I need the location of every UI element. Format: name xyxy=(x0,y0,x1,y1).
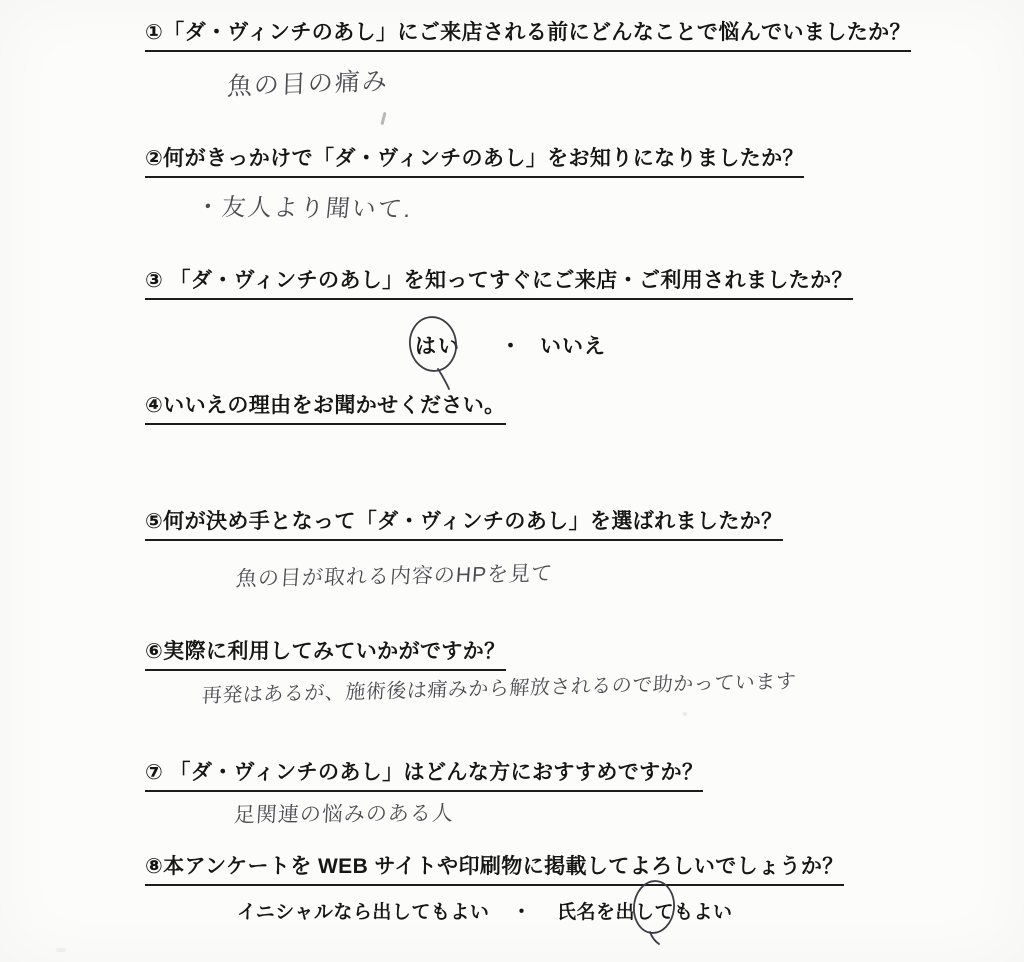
question-5-handwritten-answer: 魚の目が取れる内容のHPを見て xyxy=(235,557,554,593)
question-2-heading: ②何がきっかけで「ダ・ヴィンチのあし」をお知りになりましたか？ xyxy=(145,146,804,178)
question-5-heading: ⑤何が決め手となって「ダ・ヴィンチのあし」を選ばれましたか？ xyxy=(145,509,783,541)
scan-speck xyxy=(683,712,687,716)
question-8-option-initials-ok: イニシャルなら出してもよい xyxy=(237,897,489,924)
question-7-heading: ⑦ 「ダ・ヴィンチのあし」はどんな方におすすめですか？ xyxy=(145,760,703,792)
scanned-questionnaire: ①「ダ・ヴィンチのあし」にご来店される前にどんなことで悩んでいましたか？ 魚の目… xyxy=(0,0,1024,962)
question-6-heading: ⑥実際に利用してみていかがですか？ xyxy=(145,639,506,671)
question-4-heading: ④いいえの理由をお聞かせください。 xyxy=(145,393,506,425)
question-7-handwritten-answer: 足関連の悩みのある人 xyxy=(233,797,455,829)
question-3-option-separator-dot: ・ xyxy=(500,330,521,360)
scan-speck xyxy=(56,948,66,952)
question-8-option-fullname-ok: 氏名を出してもよい xyxy=(557,897,733,924)
question-3-option-yes: はい xyxy=(415,330,461,360)
question-8-option-separator-dot: ・ xyxy=(512,897,531,924)
question-1-handwritten-answer: 魚の目の痛み xyxy=(226,61,389,103)
question-3-option-no: いいえ xyxy=(540,330,606,360)
question-1-heading: ①「ダ・ヴィンチのあし」にご来店される前にどんなことで悩んでいましたか？ xyxy=(145,20,911,52)
question-2-handwritten-answer: ・友人より聞いて. xyxy=(194,187,414,224)
question-3-heading: ③ 「ダ・ヴィンチのあし」を知ってすぐにご来店・ご利用されましたか？ xyxy=(145,268,853,300)
question-8-heading: ⑧本アンケートを WEB サイトや印刷物に掲載してよろしいでしょうか？ xyxy=(145,854,844,886)
question-6-handwritten-answer: 再発はあるが、施術後は痛みから解放されるので助かっています xyxy=(201,665,797,709)
scan-speck xyxy=(380,112,386,125)
